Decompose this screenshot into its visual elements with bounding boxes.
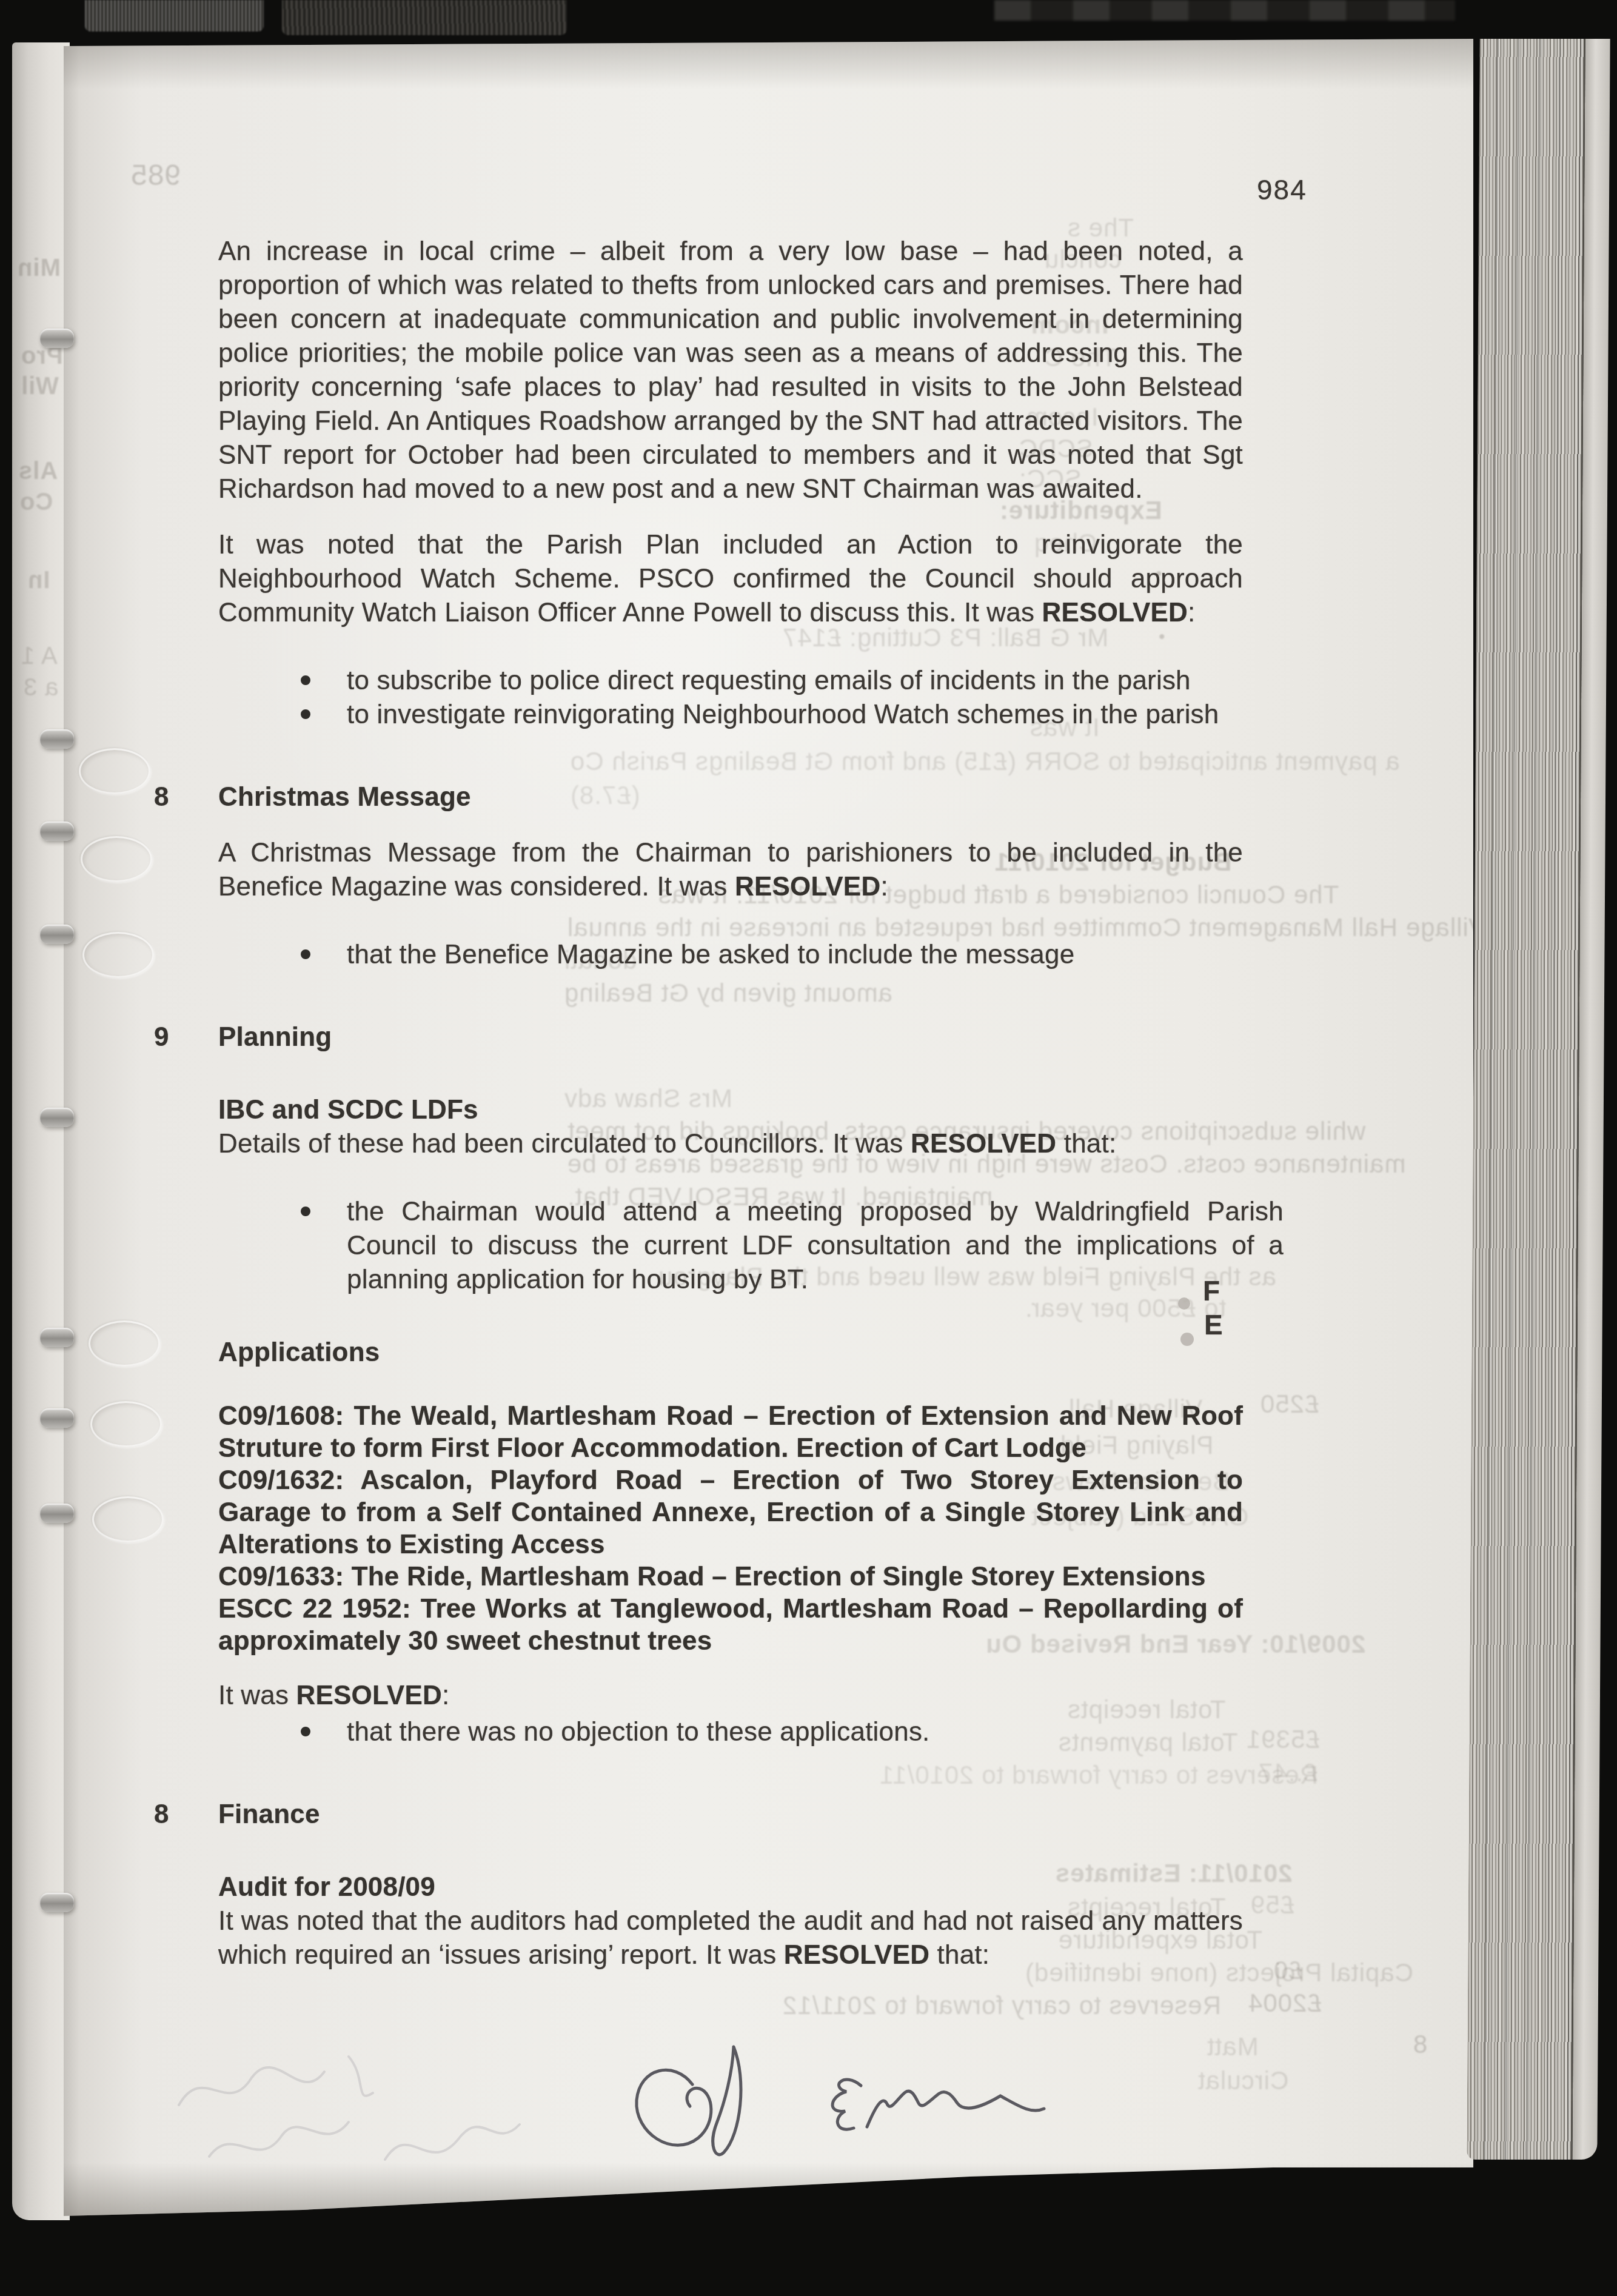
section-heading: 8Finance — [218, 1798, 1243, 1832]
showthrough-text: £250 — [1260, 1390, 1319, 1419]
paragraph: Details of these had been circulated to … — [218, 1127, 1243, 1161]
bullet-list: that there was no objection to these app… — [218, 1715, 1243, 1749]
bullet-text: that there was no objection to these app… — [347, 1717, 930, 1747]
bullet-dot — [301, 1207, 310, 1216]
binder-ring — [40, 822, 74, 841]
bullet-text: the Chairman would attend a meeting prop… — [347, 1197, 1284, 1294]
scan-shadow — [64, 38, 1473, 89]
bullet-text: to investigate reinvigorating Neighbourh… — [347, 700, 1219, 729]
list-item: the Chairman would attend a meeting prop… — [218, 1195, 1284, 1297]
showthrough-text: £5391 — [1246, 1725, 1320, 1754]
paragraph: A Christmas Message from the Chairman to… — [218, 836, 1243, 904]
showthrough-text: Circulat — [1197, 2066, 1288, 2095]
sub-heading: Applications — [218, 1336, 1243, 1370]
punch-hole-emboss — [82, 932, 154, 978]
paragraph: It was noted that the Parish Plan includ… — [218, 528, 1243, 630]
showthrough-text: £0 — [1273, 1956, 1303, 1985]
showthrough-text: 985 — [130, 159, 181, 192]
binder-ring — [40, 1328, 74, 1347]
punch-hole-emboss — [92, 1496, 164, 1542]
binder-cover-texture — [282, 0, 567, 35]
section-title: Finance — [218, 1799, 320, 1829]
binder-ring — [40, 1408, 74, 1428]
bullet-text: that the Benefice Magazine be asked to i… — [347, 940, 1074, 969]
binder-ring — [40, 1504, 74, 1523]
paragraph: It was noted that the auditors had compl… — [218, 1904, 1243, 1972]
scanner-shadow-texture — [994, 0, 1455, 21]
bullet-dot — [301, 675, 310, 685]
showthrough-text: a 3 — [23, 674, 59, 701]
showthrough-text: £..47 — [1258, 1758, 1317, 1787]
bullet-dot — [301, 1727, 310, 1736]
section-heading: 9Planning — [218, 1020, 1243, 1054]
showthrough-text: £2004 — [1248, 1989, 1322, 2018]
showthrough-text: Reserves to carry forward to 2011/12 — [782, 1991, 1221, 2020]
bullet-dot — [301, 709, 310, 719]
punch-hole-emboss — [81, 836, 152, 882]
page-stack-edges — [1467, 39, 1610, 2160]
margin-note-e: E — [1204, 1308, 1223, 1341]
application-entry: ESCC 22 1952: Tree Works at Tanglewood, … — [218, 1593, 1243, 1657]
paragraph: An increase in local crime – albeit from… — [218, 235, 1243, 506]
showthrough-text: 8 — [1413, 2030, 1427, 2059]
binder-ring — [40, 1893, 74, 1912]
showthrough-text: Matt — [1207, 2032, 1259, 2061]
list-item: that the Benefice Magazine be asked to i… — [218, 938, 1243, 972]
showthrough-text: In — [27, 567, 50, 594]
application-entry: C09/1633: The Ride, Martlesham Road – Er… — [218, 1561, 1243, 1593]
binder-ring — [40, 329, 74, 348]
section-heading: 8Christmas Message — [218, 780, 1243, 814]
pencil-scrawl — [155, 2020, 555, 2196]
section-title: Christmas Message — [218, 782, 471, 812]
showthrough-text: Co — [19, 489, 53, 516]
showthrough-text: £59 — [1250, 1890, 1294, 1919]
signature-ink — [606, 2026, 1067, 2208]
sub-heading: Audit for 2008/09 — [218, 1870, 1243, 1904]
bullet-text: to subscribe to police direct requesting… — [347, 666, 1191, 695]
scanned-minutes-page: MinProWilAlsCoInA 1a 3 985The sconcluInc… — [0, 0, 1617, 2296]
bullet-list: to subscribe to police direct requesting… — [218, 664, 1243, 732]
list-item: to investigate reinvigorating Neighbourh… — [218, 698, 1243, 732]
application-list: C09/1608: The Weald, Martlesham Road – E… — [218, 1400, 1243, 1657]
minutes-content: An increase in local crime – albeit from… — [218, 235, 1243, 1972]
binder-ring — [40, 729, 74, 749]
showthrough-text: Min — [17, 255, 61, 282]
bullet-list: the Chairman would attend a meeting prop… — [218, 1195, 1243, 1297]
stacked-page-stripes — [1467, 39, 1584, 2160]
bullet-list: that the Benefice Magazine be asked to i… — [218, 938, 1243, 972]
bullet-dot — [301, 949, 310, 959]
list-item: to subscribe to police direct requesting… — [218, 664, 1243, 698]
showthrough-text: A 1 — [21, 643, 58, 670]
binder-ring — [40, 925, 74, 944]
binder-cover-texture — [85, 0, 264, 32]
punch-hole-emboss — [90, 1401, 162, 1447]
showthrough-text: Als — [18, 458, 58, 485]
page-number: 984 — [1257, 173, 1307, 206]
section-number: 8 — [154, 780, 169, 814]
paragraph: It was RESOLVED: — [218, 1679, 1243, 1713]
margin-note-f: F — [1203, 1274, 1220, 1307]
section-number: 8 — [154, 1798, 169, 1832]
section-number: 9 — [154, 1020, 169, 1054]
punch-hole-emboss — [89, 1320, 160, 1367]
application-entry: C09/1608: The Weald, Martlesham Road – E… — [218, 1400, 1243, 1464]
section-title: Planning — [218, 1022, 332, 1052]
list-item: that there was no objection to these app… — [218, 1715, 1243, 1749]
sub-heading: IBC and SCDC LDFs — [218, 1093, 1243, 1127]
application-entry: C09/1632: Ascalon, Playford Road – Erect… — [218, 1464, 1243, 1561]
binder-ring — [40, 1108, 74, 1127]
page: 985The sconcluIncomThe CIncomSCDCSCC:Exp… — [64, 38, 1473, 2220]
punch-hole-emboss — [79, 748, 150, 794]
showthrough-text: Wil — [21, 373, 59, 400]
